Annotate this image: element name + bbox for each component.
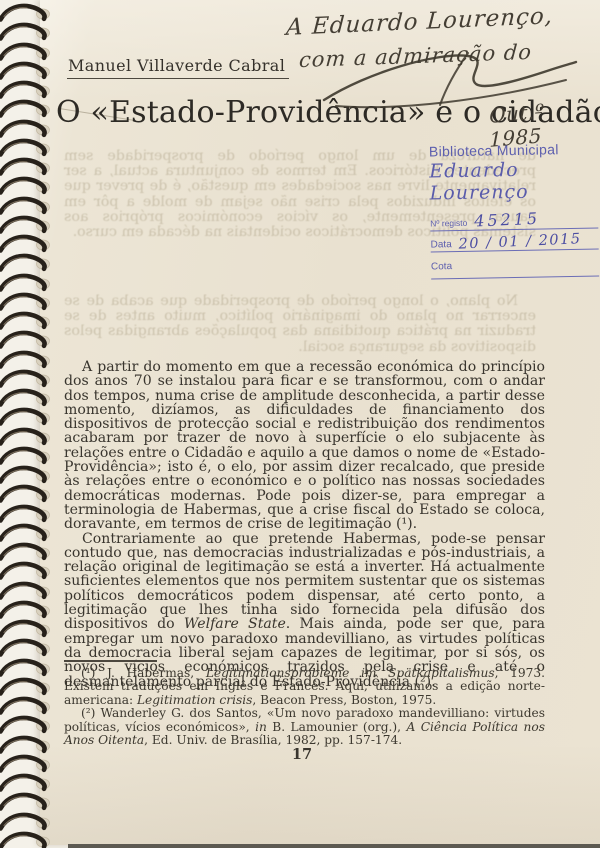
body-text: A partir do momento em que a recessão ec… [64, 360, 545, 689]
spiral-coil [0, 119, 62, 138]
spiral-coil [0, 446, 62, 465]
spiral-coil [0, 542, 62, 561]
spiral-coil [0, 138, 62, 157]
stamp-owner-name: Eduardo Lourenço [429, 158, 598, 205]
paragraph: A partir do momento em que a recessão ec… [64, 360, 545, 532]
spiral-coil [0, 619, 62, 638]
spiral-coil [0, 773, 62, 792]
spiral-coil [0, 715, 62, 734]
spiral-coil [0, 196, 62, 215]
spiral-coil [0, 234, 62, 253]
author-name: Manuel Villaverde Cabral [67, 56, 289, 79]
stamp-date-label: Data [431, 239, 452, 250]
spiral-coil [0, 561, 62, 580]
stamp-date-value: 20 / 01 / 2015 [458, 231, 582, 252]
spiral-coil [0, 792, 62, 811]
spiral-coil [0, 484, 62, 503]
footnote: (²) Wanderley G. dos Santos, «Um novo pa… [64, 707, 545, 747]
spiral-coil [0, 831, 62, 848]
spiral-coil [0, 215, 62, 234]
spiral-coil [0, 176, 62, 195]
spiral-coil [0, 157, 62, 176]
spiral-coil [0, 638, 62, 657]
spiral-coil [0, 658, 62, 677]
spiral-coil [0, 812, 62, 831]
spiral-coil [0, 61, 62, 80]
spiral-coil [0, 581, 62, 600]
spiral-coil [0, 99, 62, 118]
stamp-library-name: Biblioteca Municipal [429, 141, 597, 160]
footnote-separator-rule [64, 660, 157, 662]
stamp-cota-label: Cota [431, 261, 452, 272]
spiral-coil [0, 80, 62, 99]
bleedthrough-text-block: No plano, o longo período de prosperidad… [64, 294, 536, 355]
spiral-coil [0, 523, 62, 542]
spiral-coil [0, 3, 62, 22]
footnotes: (¹) J. Habermas, Legitimationsprobleme i… [64, 667, 545, 747]
spiral-coil [0, 465, 62, 484]
spiral-coil [0, 600, 62, 619]
spiral-coil [0, 350, 62, 369]
spiral-coil [0, 330, 62, 349]
spiral-coil [0, 696, 62, 715]
spiral-coil [0, 42, 62, 61]
spiral-binding [0, 0, 70, 848]
footnote: (¹) J. Habermas, Legitimationsprobleme i… [64, 667, 545, 707]
spiral-coil [0, 22, 62, 41]
spiral-coil [0, 292, 62, 311]
spiral-coil [0, 273, 62, 292]
spiral-coil [0, 504, 62, 523]
spiral-coil [0, 407, 62, 426]
spiral-coil [0, 311, 62, 330]
spiral-coil [0, 735, 62, 754]
spiral-coil [0, 388, 62, 407]
library-stamp: Biblioteca Municipal Eduardo Lourenço Nº… [429, 141, 599, 280]
spiral-coil [0, 427, 62, 446]
spiral-coil [0, 369, 62, 388]
spiral-coil [0, 253, 62, 272]
scan-bottom-edge [68, 844, 600, 848]
scanned-page: de natureza de um longo período de prosp… [0, 0, 600, 848]
stamp-registo-value: 45215 [474, 209, 541, 231]
stamp-registo-label: Nº registo [430, 218, 467, 229]
spiral-coil [0, 677, 62, 696]
page-number: 17 [262, 746, 342, 763]
spiral-coil [0, 754, 62, 773]
